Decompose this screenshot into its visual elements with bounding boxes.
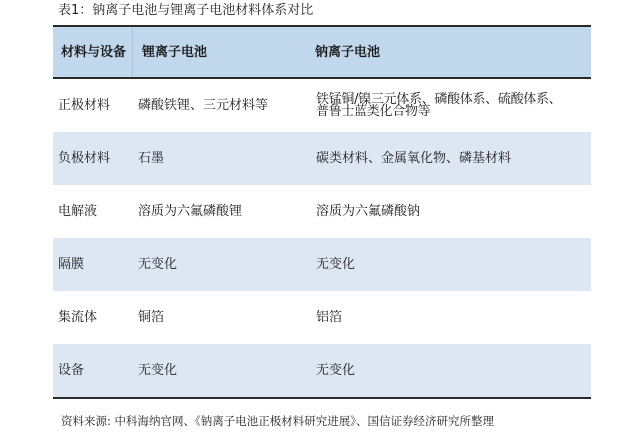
cell-lithium: 溶质为六氟磷酸锂 [133, 204, 313, 219]
cell-item: 电解液 [53, 204, 133, 219]
cell-item: 正极材料 [53, 98, 133, 113]
comparison-table: 材料与设备 锂离子电池 钠离子电池 正极材料 磷酸铁锂、三元材料等 铁锰铜/镍三… [53, 25, 591, 399]
cell-lithium: 铜箔 [133, 310, 313, 325]
cell-sodium-line2: 普鲁士蓝类化合物等 [316, 106, 591, 118]
header-material-equipment: 材料与设备 [53, 27, 133, 77]
table-row-equipment: 设备 无变化 无变化 [53, 344, 591, 397]
table-row-current-collector: 集流体 铜箔 铝箔 [53, 291, 591, 344]
cell-item: 集流体 [53, 310, 133, 325]
cell-sodium: 铁锰铜/镍三元体系、磷酸体系、硫酸体系、 普鲁士蓝类化合物等 [313, 94, 591, 118]
cell-sodium: 无变化 [313, 363, 591, 378]
cell-sodium: 溶质为六氟磷酸钠 [313, 204, 591, 219]
table-row-anode: 负极材料 石墨 碳类材料、金属氧化物、磷基材料 [53, 132, 591, 185]
cell-lithium: 磷酸铁锂、三元材料等 [133, 98, 313, 113]
cell-sodium: 碳类材料、金属氧化物、磷基材料 [313, 151, 591, 166]
table-caption: 表1：钠离子电池与锂离子电池材料体系对比 [58, 3, 313, 19]
source-note: 资料来源: 中科海纳官网、《钠离子电池正极材料研究进展》、国信证券经济研究所整理 [61, 414, 494, 428]
cell-lithium: 石墨 [133, 151, 313, 166]
cell-lithium: 无变化 [133, 363, 313, 378]
header-sodium-battery: 钠离子电池 [313, 45, 591, 60]
table-row-electrolyte: 电解液 溶质为六氟磷酸锂 溶质为六氟磷酸钠 [53, 185, 591, 238]
table-row-separator: 隔膜 无变化 无变化 [53, 238, 591, 291]
cell-lithium: 无变化 [133, 257, 313, 272]
cell-item: 隔膜 [53, 257, 133, 272]
cell-sodium: 铝箔 [313, 310, 591, 325]
header-lithium-battery: 锂离子电池 [133, 45, 313, 60]
cell-item: 设备 [53, 363, 133, 378]
table-row-cathode: 正极材料 磷酸铁锂、三元材料等 铁锰铜/镍三元体系、磷酸体系、硫酸体系、 普鲁士… [53, 79, 591, 132]
table-header-row: 材料与设备 锂离子电池 钠离子电池 [53, 27, 591, 79]
cell-sodium: 无变化 [313, 257, 591, 272]
cell-item: 负极材料 [53, 151, 133, 166]
